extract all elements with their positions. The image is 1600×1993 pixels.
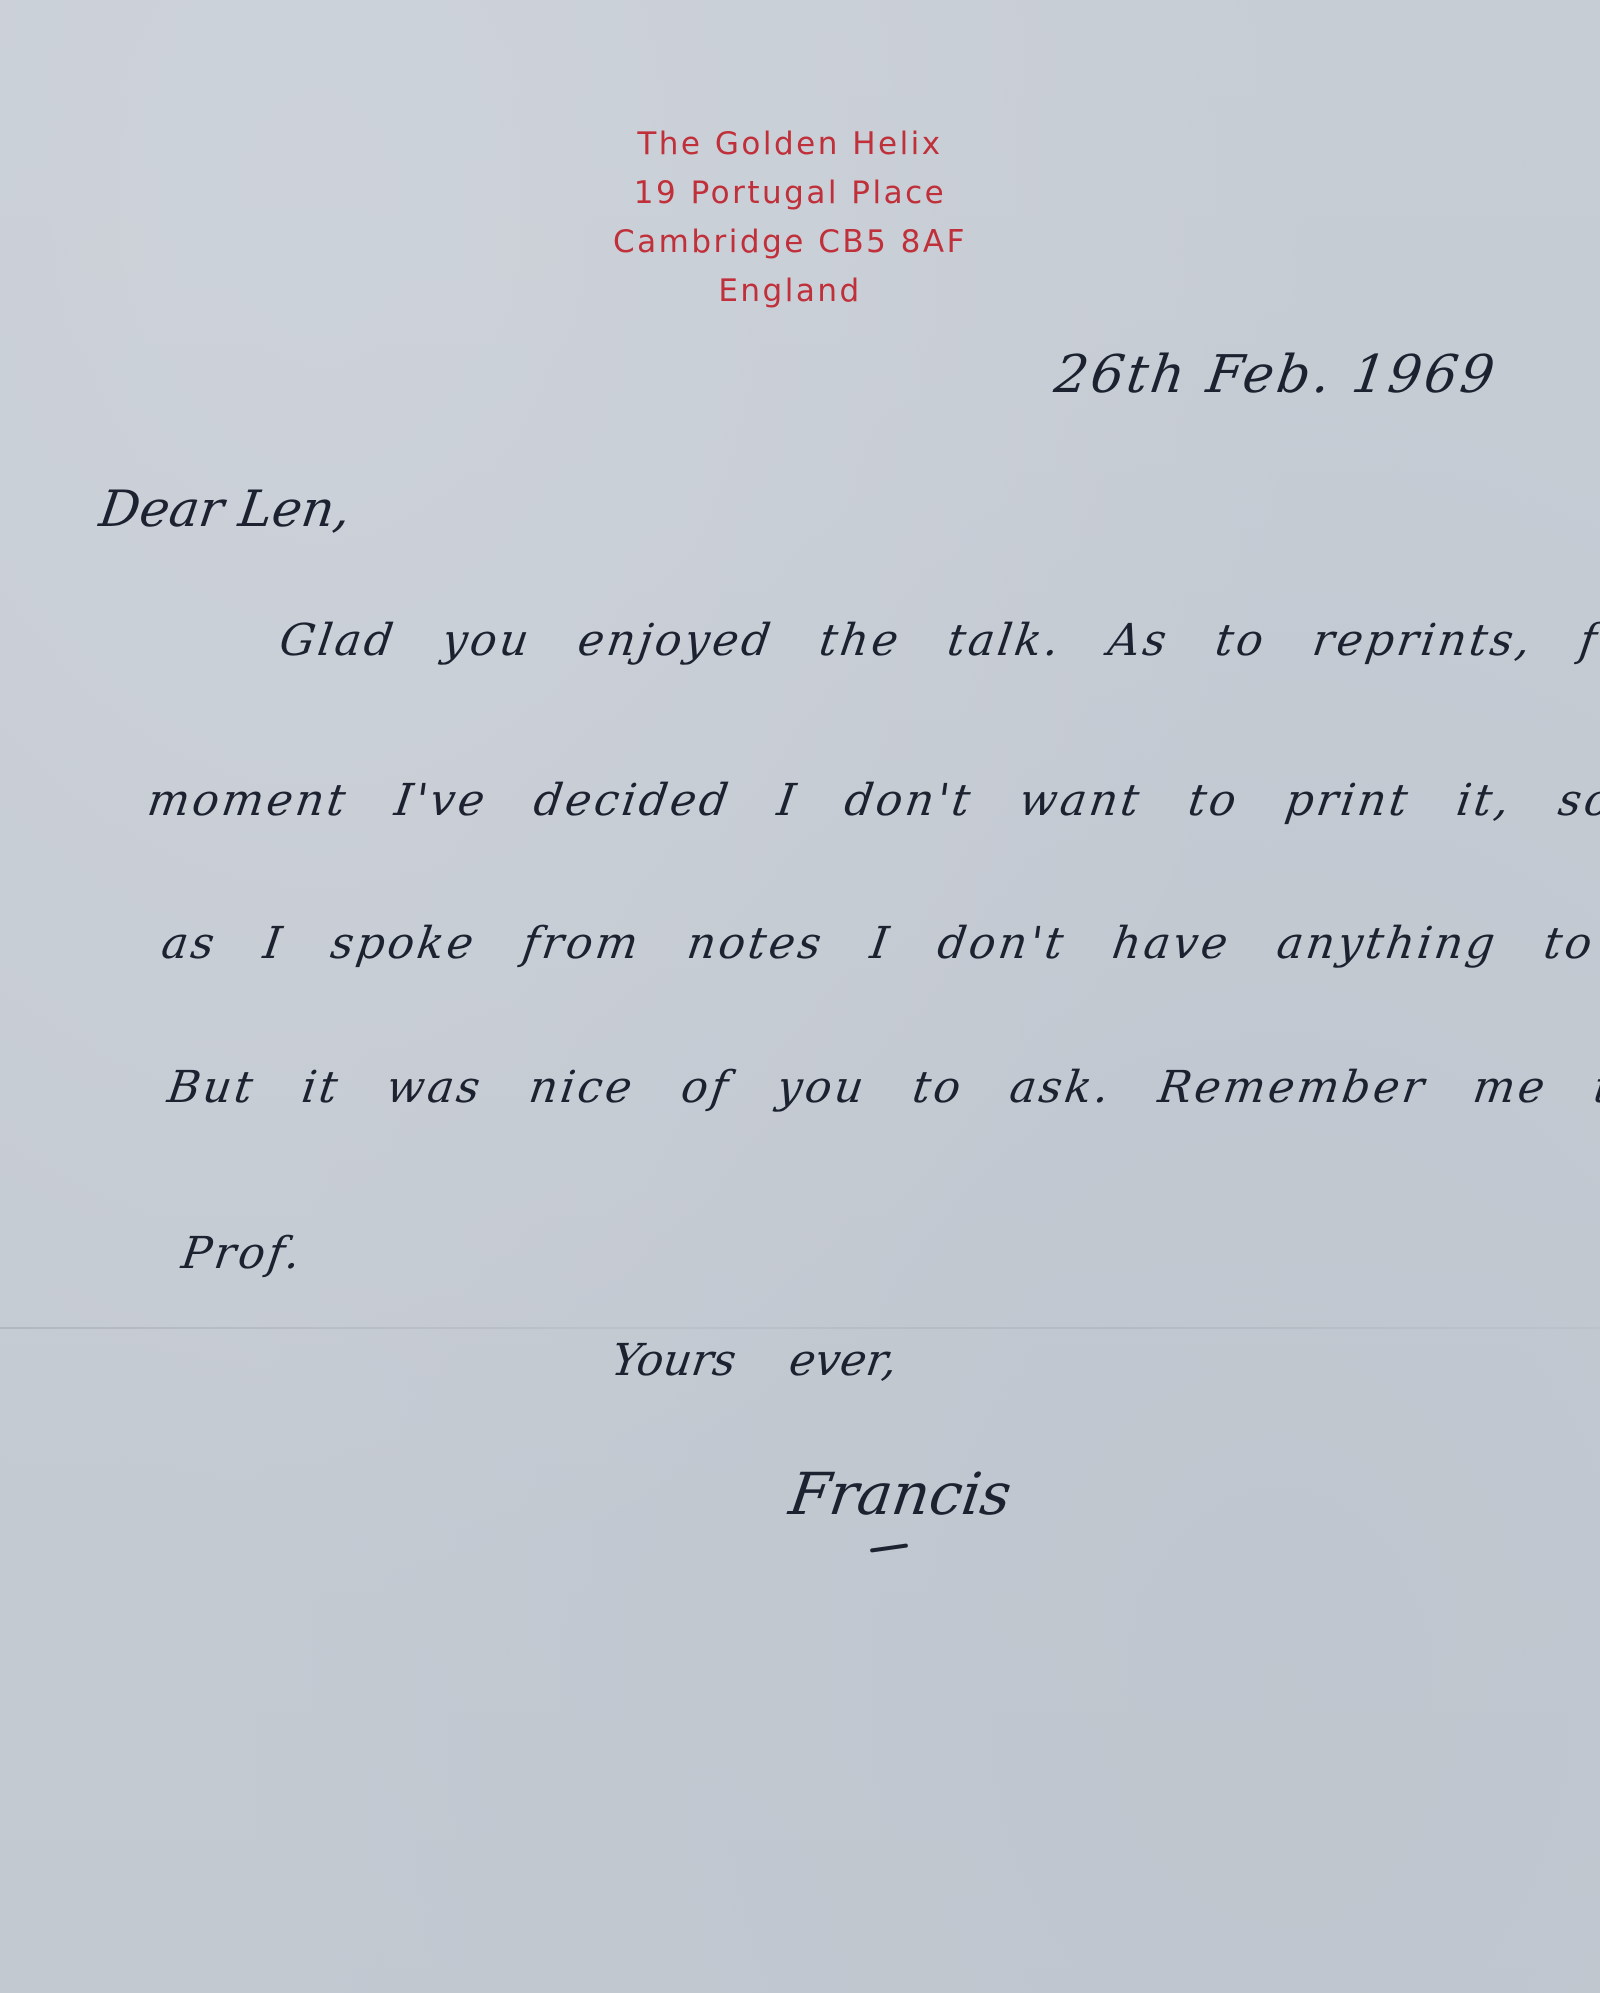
body-line-3: as I spoke from notes I don't have anyth… (158, 918, 1600, 969)
body-line-1: Glad you enjoyed the talk. As to reprint… (276, 615, 1600, 666)
closing: Yours ever, (608, 1335, 900, 1386)
signature: Francis (785, 1460, 1015, 1528)
body-line-5: Prof. (178, 1228, 306, 1279)
body-line-2: moment I've decided I don't want to prin… (144, 775, 1600, 826)
body-line-4: But it was nice of you to ask. Remember … (164, 1062, 1600, 1113)
letterhead-name: The Golden Helix (0, 120, 1580, 169)
signature-underline (870, 1543, 908, 1552)
letterhead-country: England (0, 267, 1580, 316)
letterhead-street: 19 Portugal Place (0, 169, 1580, 218)
letterhead: The Golden Helix 19 Portugal Place Cambr… (0, 120, 1580, 316)
salutation: Dear Len, (96, 480, 354, 538)
letterhead-city-postcode: Cambridge CB5 8AF (0, 218, 1580, 267)
letter-date: 26th Feb. 1969 (1051, 345, 1501, 405)
paper-fold-line (0, 1327, 1600, 1329)
